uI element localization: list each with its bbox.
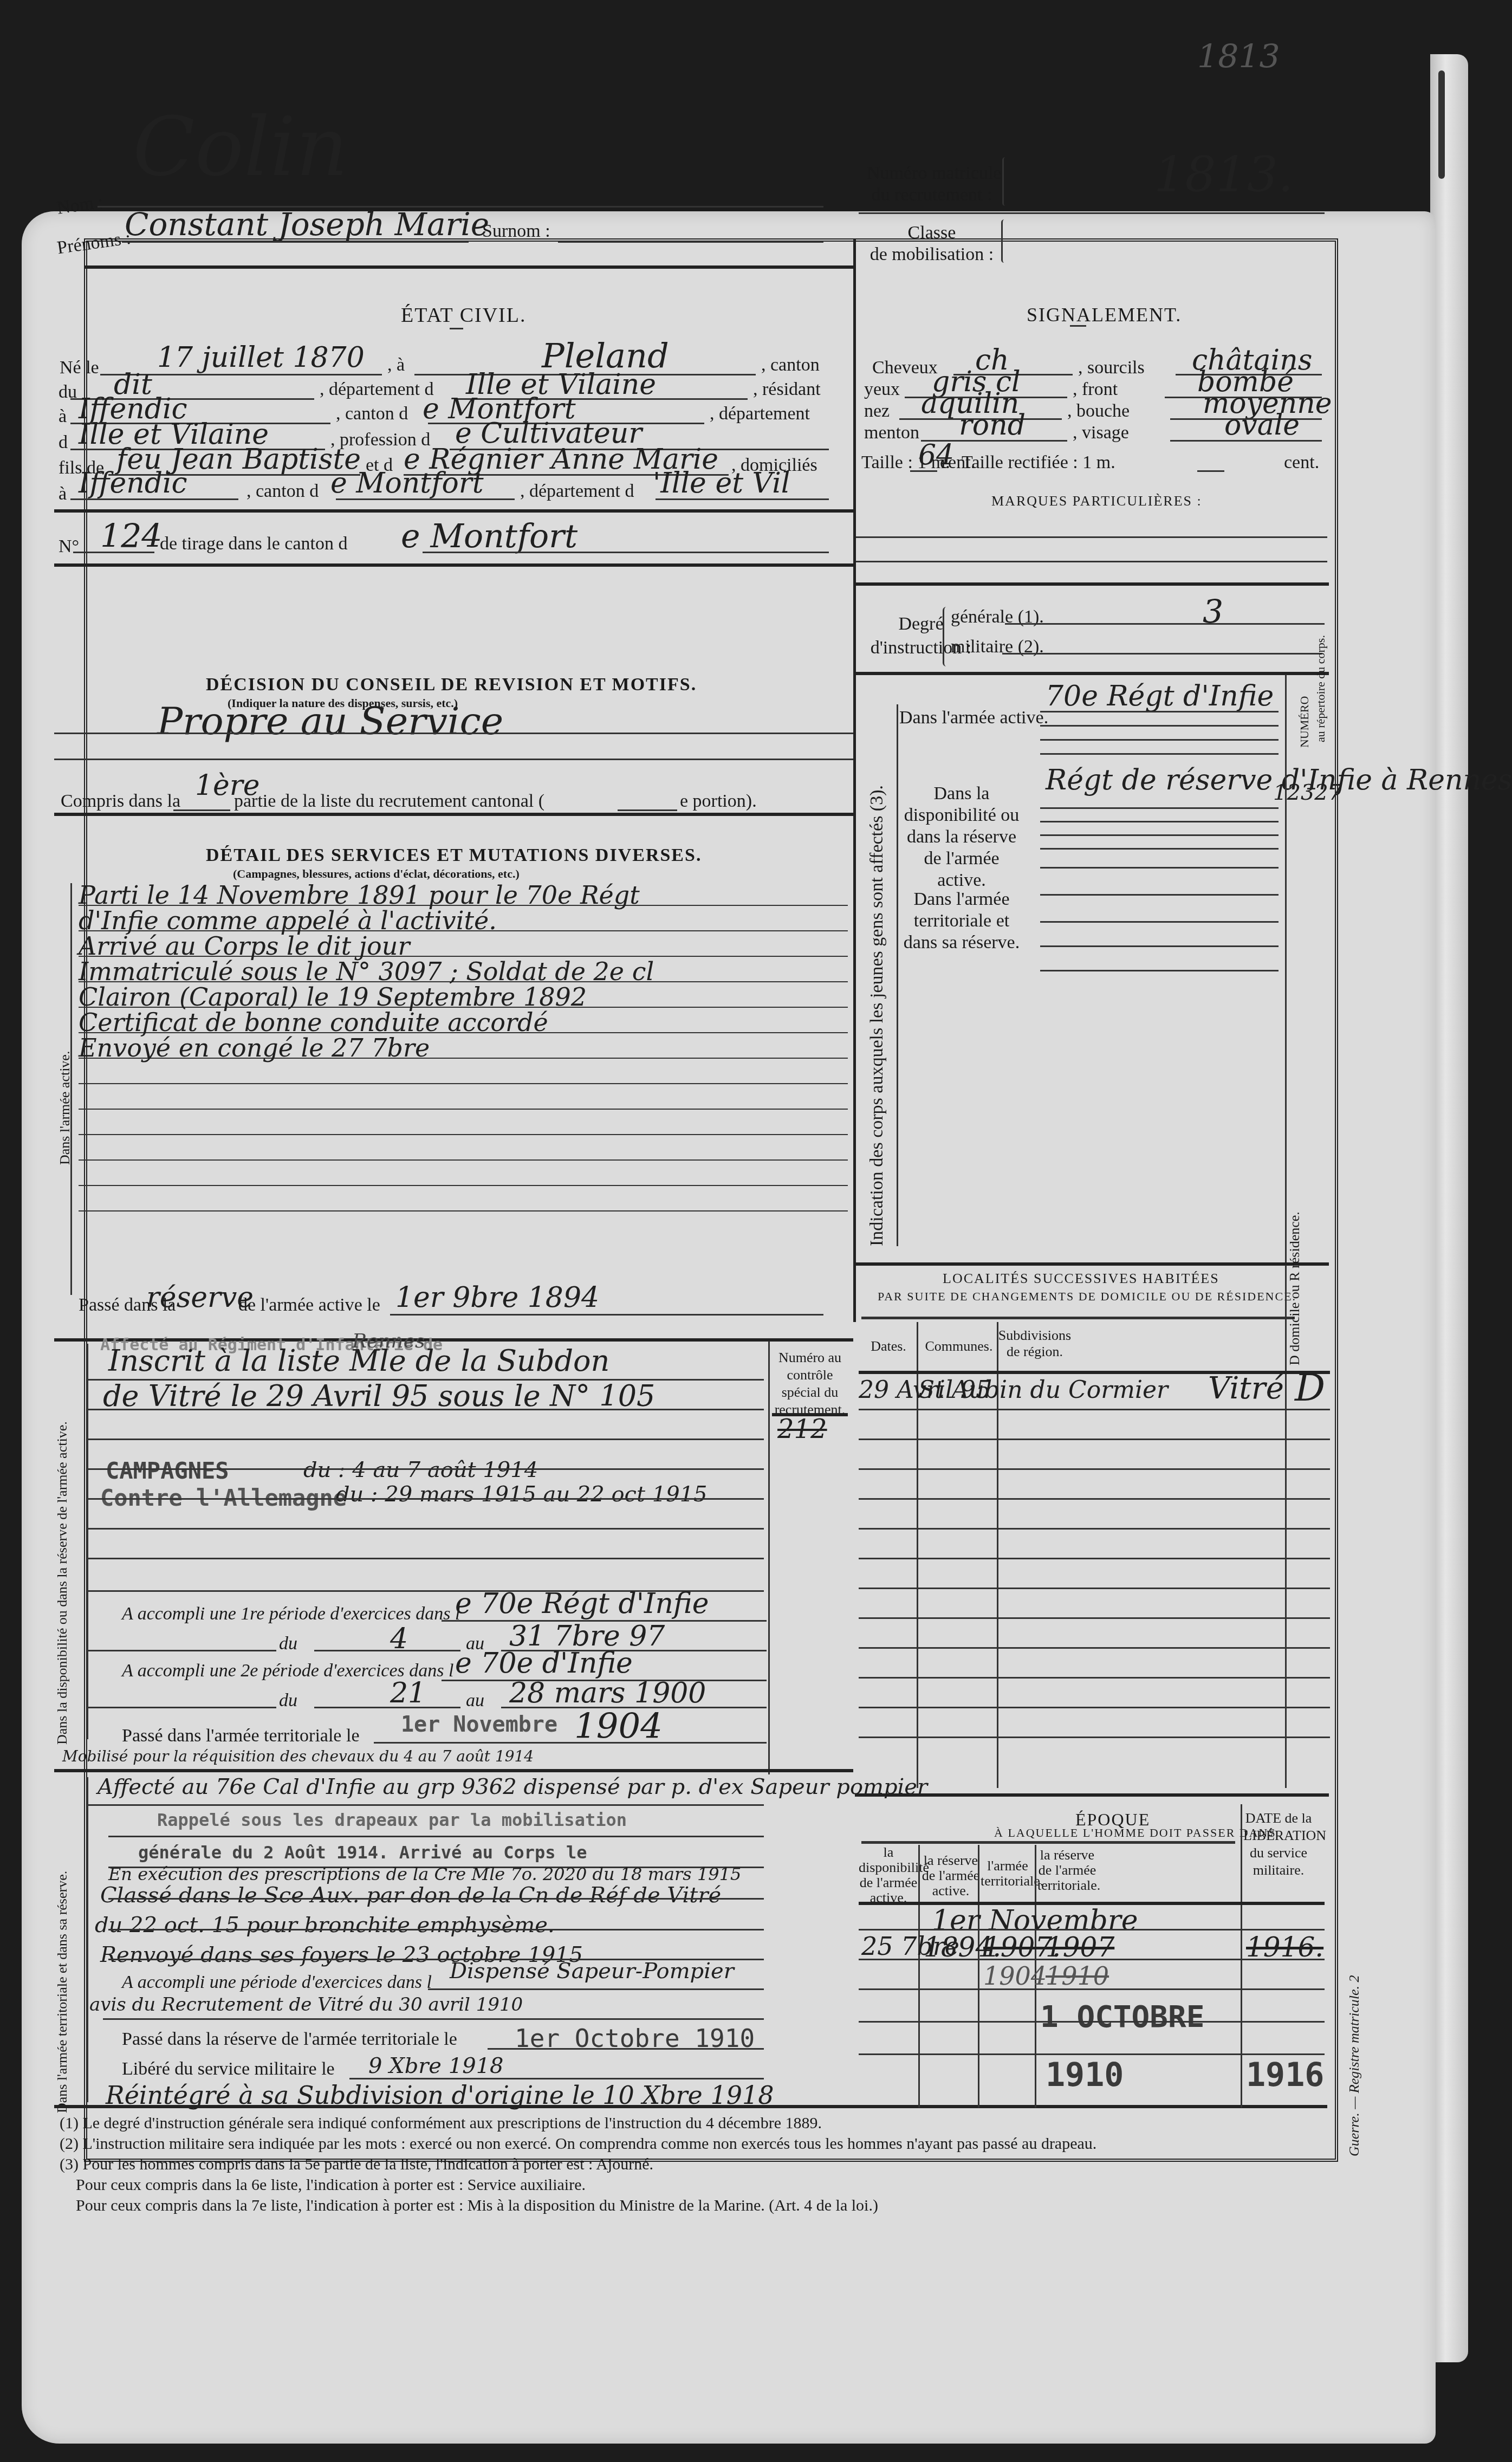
a-label: , à (387, 355, 405, 375)
services-subtitle: (Campagnes, blessures, actions d'éclat, … (233, 867, 520, 881)
territoriale-line: Classé dans le Sce Aux. par don de la Cn… (100, 1883, 721, 1908)
field-line (87, 1409, 764, 1410)
corps-row-label: Dans la disponibilité ou dans la réserve… (899, 783, 1024, 891)
ornament-rule (861, 1841, 1235, 1844)
field-line (336, 498, 515, 500)
brace (943, 607, 950, 666)
active-service-lines: Parti le 14 Novembre 1891 pour le 70e Ré… (79, 880, 848, 1211)
libere-value: 9 Xbre 1918 (368, 2053, 504, 2078)
field-line (70, 498, 238, 500)
canton-label: , canton (761, 355, 820, 375)
periode-value: Dispensé Sapeur-Pompier (450, 1959, 734, 1984)
disponibilite-line: de Vitré le 29 Avril 95 sous le N° 105 (103, 1379, 655, 1413)
periode-label: A accompli une période d'exercices dans … (122, 1972, 432, 1993)
cheveux-label: Cheveux (872, 358, 938, 378)
row-line (859, 1647, 1330, 1649)
service-line: d'Infie comme appelé à l'activité. (79, 906, 848, 931)
territoriale-line: du 22 oct. 15 pour bronchite emphysème. (95, 1913, 555, 1938)
reserve-territoriale-label: Passé dans la réserve de l'armée territo… (122, 2029, 457, 2050)
corps-row-numero: 12327 (1273, 780, 1342, 805)
field-line (173, 809, 230, 811)
field-line (1040, 867, 1279, 869)
field-line (108, 1898, 764, 1900)
service-line: Arrivé au Corps le dit jour (79, 931, 848, 957)
field-line (910, 470, 937, 472)
row-line (859, 1737, 1330, 1738)
epoque-col: la réserve de l'armée active. (921, 1853, 981, 1899)
periode-value-2: avis du Recrutement de Vitré du 30 avril… (89, 1994, 523, 2016)
front-label: , front (1073, 379, 1118, 400)
field-line (87, 1707, 276, 1708)
numero-label-1: NUMÉRO (1297, 696, 1312, 748)
col-divider (978, 1845, 979, 2108)
row-line (859, 2053, 1325, 2055)
field-line (1040, 821, 1279, 822)
service-line: Immatriculé sous le N° 3097 ; Soldat de … (79, 957, 848, 982)
canton-de-label: , canton d (336, 404, 408, 424)
territoriale-year: 1904 (574, 1707, 663, 1747)
col-divider (918, 1845, 920, 2108)
field-line (87, 1558, 764, 1559)
row-line (859, 1528, 1330, 1530)
divider (855, 672, 1329, 675)
footnote-4: Pour ceux compris dans la 6e liste, l'in… (60, 2175, 1322, 2195)
field-line (87, 1650, 276, 1651)
localite-type: D (1295, 1365, 1325, 1410)
corps-row-label: Dans l'armée territoriale et dans sa rés… (899, 889, 1024, 954)
conseil-value: Propre au Service (157, 699, 503, 743)
etat-civil-title: ÉTAT CIVIL. (401, 303, 526, 327)
footnote-3: (3) Pour les hommes compris dans la 5e p… (60, 2154, 1322, 2175)
territoriale-stamp: 1er Novembre (401, 1712, 557, 1737)
divider (859, 212, 1325, 214)
marques-title: MARQUES PARTICULIÈRES : (991, 493, 1202, 509)
field-line (1040, 753, 1279, 755)
row-line (859, 1409, 1330, 1410)
numero-column-divider (1285, 675, 1287, 1265)
periode2-du: 21 (390, 1677, 426, 1709)
numero-controle-value: 212 (777, 1414, 827, 1444)
numero-controle-label: Numéro au contrôle spécial du recrutemen… (769, 1349, 851, 1418)
nom-value: Colin (133, 100, 348, 195)
field-line (1040, 970, 1279, 971)
epoque-stamp-month: 1 OCTOBRE (1040, 1999, 1204, 2035)
epoque-col: l'armée territoriale. (981, 1858, 1035, 1889)
field-line (87, 1439, 764, 1440)
surnom-line (558, 241, 823, 243)
edge-mark (1438, 70, 1445, 179)
page-edge (1430, 54, 1468, 2362)
title-rule (450, 328, 463, 329)
divider (54, 813, 853, 816)
disponibilite-line: Inscrit à la liste Mle de la Subdon (108, 1344, 609, 1378)
field-line (314, 1650, 460, 1651)
row-line (859, 1707, 1330, 1708)
tirage-canton-value: e Montfort (401, 517, 577, 555)
numero-label-2: au répertoire du corps. (1314, 635, 1328, 742)
field-line (73, 552, 154, 553)
passe-reserve-value: réserve (146, 1281, 254, 1314)
field-line (1040, 848, 1279, 850)
epoque-col: la réserve de l'armée territoriale. (1037, 1848, 1097, 1893)
epoque-territoriale-corrected: 1904 (983, 1961, 1047, 1991)
service-line (79, 1059, 848, 1084)
divider (54, 1769, 853, 1772)
column-divider (853, 238, 856, 1322)
campagnes-2: du : 29 mars 1915 au 22 oct 1915 (336, 1482, 708, 1507)
campagnes-1: du : 4 au 7 août 1914 (303, 1457, 538, 1482)
service-line (79, 1135, 848, 1161)
service-line (79, 1186, 848, 1211)
mobilise-note: Mobilisé pour la réquisition des chevaux… (62, 1747, 534, 1765)
territoriale-line: En exécution des prescriptions de la Cre… (108, 1864, 741, 1884)
field-line (1170, 440, 1322, 442)
registre-side-label: Guerre. — Registre matricule. 2 (1346, 1975, 1362, 2156)
field-line (423, 552, 829, 553)
d-label: d (59, 432, 68, 453)
signalement-title: SIGNALEMENT. (1027, 303, 1182, 326)
service-line (79, 1110, 848, 1135)
instruction-generale-value: 3 (1203, 593, 1223, 631)
row-line (859, 1468, 1330, 1470)
departement2-label: , département (710, 404, 810, 424)
prenoms-line (122, 241, 469, 243)
periode1-label: A accompli une 1re période d'exercices d… (122, 1604, 460, 1624)
field-line (314, 1707, 460, 1708)
localites-col-subdivisions: Subdivisions de région. (997, 1327, 1073, 1360)
dom-canton-label: , canton d (246, 481, 319, 502)
footnote-1: (1) Le degré d'instruction générale sera… (60, 2113, 1322, 2134)
divider (54, 509, 853, 513)
field-line (87, 1498, 764, 1500)
epoque-reserve-territoriale-corrected: 1910 (1046, 1961, 1109, 1991)
nez-label: nez (864, 401, 890, 422)
dom-departement-label: , département d (520, 481, 634, 502)
field-line (54, 733, 853, 734)
campagnes-stamp: CAMPAGNES (106, 1457, 229, 1484)
tirage-label: de tirage dans le canton d (160, 534, 347, 554)
taille-rectifiee-cent-label: cent. (1284, 452, 1319, 473)
epoque-subtitle: À LAQUELLE L'HOMME DOIT PASSER DANS (994, 1826, 1276, 1840)
epoque-stamp-year-reserve: 1910 (1046, 2056, 1124, 2094)
portion-label: e portion). (680, 791, 757, 812)
page-number: 1813 (1197, 38, 1280, 76)
localite-subdivision: Vitré (1208, 1371, 1284, 1406)
row-line (859, 2021, 1325, 2023)
footnote-2: (2) L'instruction militaire sera indiqué… (60, 2134, 1322, 2154)
service-line: Envoyé en congé le 27 7bre (79, 1033, 848, 1059)
numero-matricule-value: 1813. (1154, 146, 1294, 203)
libere-label: Libéré du service militaire le (122, 2059, 335, 2079)
periode1-corps: e 70e Régt d'Infie (455, 1588, 709, 1620)
row-line (859, 1617, 1330, 1619)
tirage-no-label: N° (59, 536, 79, 557)
field-line (87, 1804, 764, 1806)
periode2-au-label: au (466, 1690, 484, 1711)
localites-subtitle: PAR SUITE DE CHANGEMENTS DE DOMICILE OU … (878, 1290, 1296, 1304)
dom-departement-value: 'Ille et Vil (653, 467, 790, 500)
residant-a-label: à (59, 406, 67, 427)
compris-label: Compris dans la (61, 791, 180, 812)
brace-line (897, 704, 898, 1246)
departement-label: , département d (320, 379, 434, 400)
taille-rectifiee-label: Taille rectifiée : 1 m. (962, 452, 1115, 473)
col-divider (1285, 1265, 1287, 1788)
field-line (856, 561, 1327, 562)
service-line: Certificat de bonne conduite accordé (79, 1008, 848, 1033)
generale-stamp: générale du 2 Août 1914. Arrivé au Corps… (138, 1842, 587, 1863)
date-liberation-label: DATE de la LIBÉRATION du service militai… (1243, 1810, 1314, 1879)
service-line: Parti le 14 Novembre 1891 pour le 70e Ré… (79, 880, 848, 906)
surnom-label: Surnom : (482, 221, 550, 242)
conseil-title: DÉCISION DU CONSEIL DE REVISION ET MOTIF… (206, 675, 697, 695)
divider (855, 1262, 1329, 1266)
compris-label-2: partie de la liste du recrutement canton… (234, 791, 544, 812)
divider (855, 582, 1329, 586)
section-border (70, 883, 72, 1295)
title-rule (1070, 325, 1086, 327)
corps-row-label: Dans l'armée active. (899, 707, 1024, 729)
territoriale-line: Affecté au 76e Cal d'Infie au grp 9362 d… (98, 1774, 927, 1799)
localites-col-communes: Communes. (921, 1338, 997, 1355)
field-line (488, 2048, 764, 2050)
row-line (859, 1498, 1330, 1500)
periode2-du-label: du (279, 1690, 297, 1711)
territoriale-label: Passé dans l'armée territoriale le (122, 1726, 360, 1746)
row-line (859, 1929, 1325, 1930)
passe-reserve-label-2: de l'armée active le (238, 1295, 380, 1316)
services-title: DÉTAIL DES SERVICES ET MUTATIONS DIVERSE… (206, 845, 702, 866)
prenoms-value: Constant Joseph Marie (125, 206, 489, 243)
dom-a-label: à (59, 484, 67, 504)
corps-row-value: 70e Régt d'Infie (1046, 680, 1274, 712)
field-line (54, 759, 853, 760)
footnotes: (1) Le degré d'instruction générale sera… (60, 2113, 1322, 2216)
field-line (1040, 894, 1279, 896)
field-line (1002, 653, 1322, 655)
field-line (856, 536, 1327, 538)
service-line (79, 1084, 848, 1110)
dom-a-value: Iffendic (79, 467, 187, 500)
field-line (1005, 623, 1325, 625)
ornament-rule (861, 1317, 1295, 1319)
row-line (859, 1558, 1330, 1559)
rappele-stamp: Rappelé sous les drapeaux par la mobilis… (157, 1810, 627, 1830)
epoque-col: la disponibilité de l'armée active. (859, 1845, 918, 1906)
sourcils-label: , sourcils (1078, 358, 1145, 378)
field-line (1040, 711, 1279, 712)
menton-label: menton (864, 423, 919, 443)
field-line (87, 1528, 764, 1530)
localites-col-dates: Dates. (859, 1338, 918, 1355)
ne-le-value: 17 juillet 1870 (157, 341, 365, 374)
field-line (1040, 945, 1279, 947)
ne-le-label: Né le (60, 358, 99, 378)
service-line: Clairon (Caporal) le 19 Septembre 1892 (79, 982, 848, 1008)
field-line (108, 1836, 764, 1837)
dom-canton-value: e Montfort (330, 467, 484, 500)
row-line (859, 1439, 1330, 1440)
localites-title: LOCALITÉS SUCCESSIVES HABITÉES (943, 1271, 1219, 1287)
corps-vertical-label: Indication des corps auxquels les jeunes… (867, 785, 887, 1246)
periode2-corps: e 70e d'Infie (455, 1647, 633, 1680)
passe-reserve-date: 1er 9bre 1894 (395, 1281, 599, 1314)
row-line (859, 1988, 1325, 1990)
epoque-stamp-year-liberation: 1916 (1246, 2056, 1325, 2094)
localite-commune: St Aubin du Cormier (918, 1376, 1168, 1404)
periode1-du-label: du (279, 1634, 297, 1654)
field-line (1040, 725, 1279, 727)
periode2-au: 28 mars 1900 (509, 1677, 706, 1709)
field-line (1197, 470, 1224, 472)
field-line (349, 2078, 764, 2079)
divider (54, 563, 853, 567)
field-line (108, 1929, 764, 1930)
classe-mobilisation-label: Classe de mobilisation : (867, 222, 997, 265)
numero-matricule-label: Numéro matricule du recrutement : (867, 163, 997, 206)
disponibilite-vertical-label: Dans la disponibilité ou dans la réserve… (54, 1365, 70, 1745)
tirage-no-value: 124 (100, 517, 163, 555)
field-line (390, 1314, 823, 1316)
row-line (859, 1959, 1325, 1960)
field-line (103, 2018, 764, 2020)
brace (1002, 157, 1008, 206)
field-line (1040, 739, 1279, 741)
visage-value: ovale (1224, 409, 1300, 442)
localites-col-type: D domicile ou R résidence. (1287, 1211, 1303, 1365)
field-line (428, 1988, 764, 1990)
field-line (374, 1742, 767, 1744)
bouche-label: , bouche (1067, 401, 1130, 422)
divider (54, 2105, 1327, 2108)
residant-label: , résidant (753, 379, 821, 400)
field-line (618, 809, 677, 811)
section-border (87, 1777, 88, 2102)
territoriale-vertical-label: Dans l'armée territoriale et dans sa rés… (54, 1788, 70, 2113)
field-line (1040, 921, 1279, 923)
col-divider (1241, 1804, 1242, 2108)
field-line (87, 1468, 764, 1470)
field-line (1040, 834, 1279, 836)
field-line (656, 498, 829, 500)
section-border (87, 1344, 88, 1739)
row-line (859, 1588, 1330, 1589)
service-line (79, 1161, 848, 1186)
visage-label: , visage (1073, 423, 1129, 443)
footnote-5: Pour ceux compris dans la 7e liste, l'in… (60, 2195, 1322, 2216)
field-line (1040, 807, 1279, 809)
menton-value: rond (959, 409, 1026, 442)
divider (84, 265, 853, 269)
brace (1001, 219, 1007, 263)
yeux-label: yeux (864, 379, 900, 400)
row-line (859, 1677, 1330, 1679)
